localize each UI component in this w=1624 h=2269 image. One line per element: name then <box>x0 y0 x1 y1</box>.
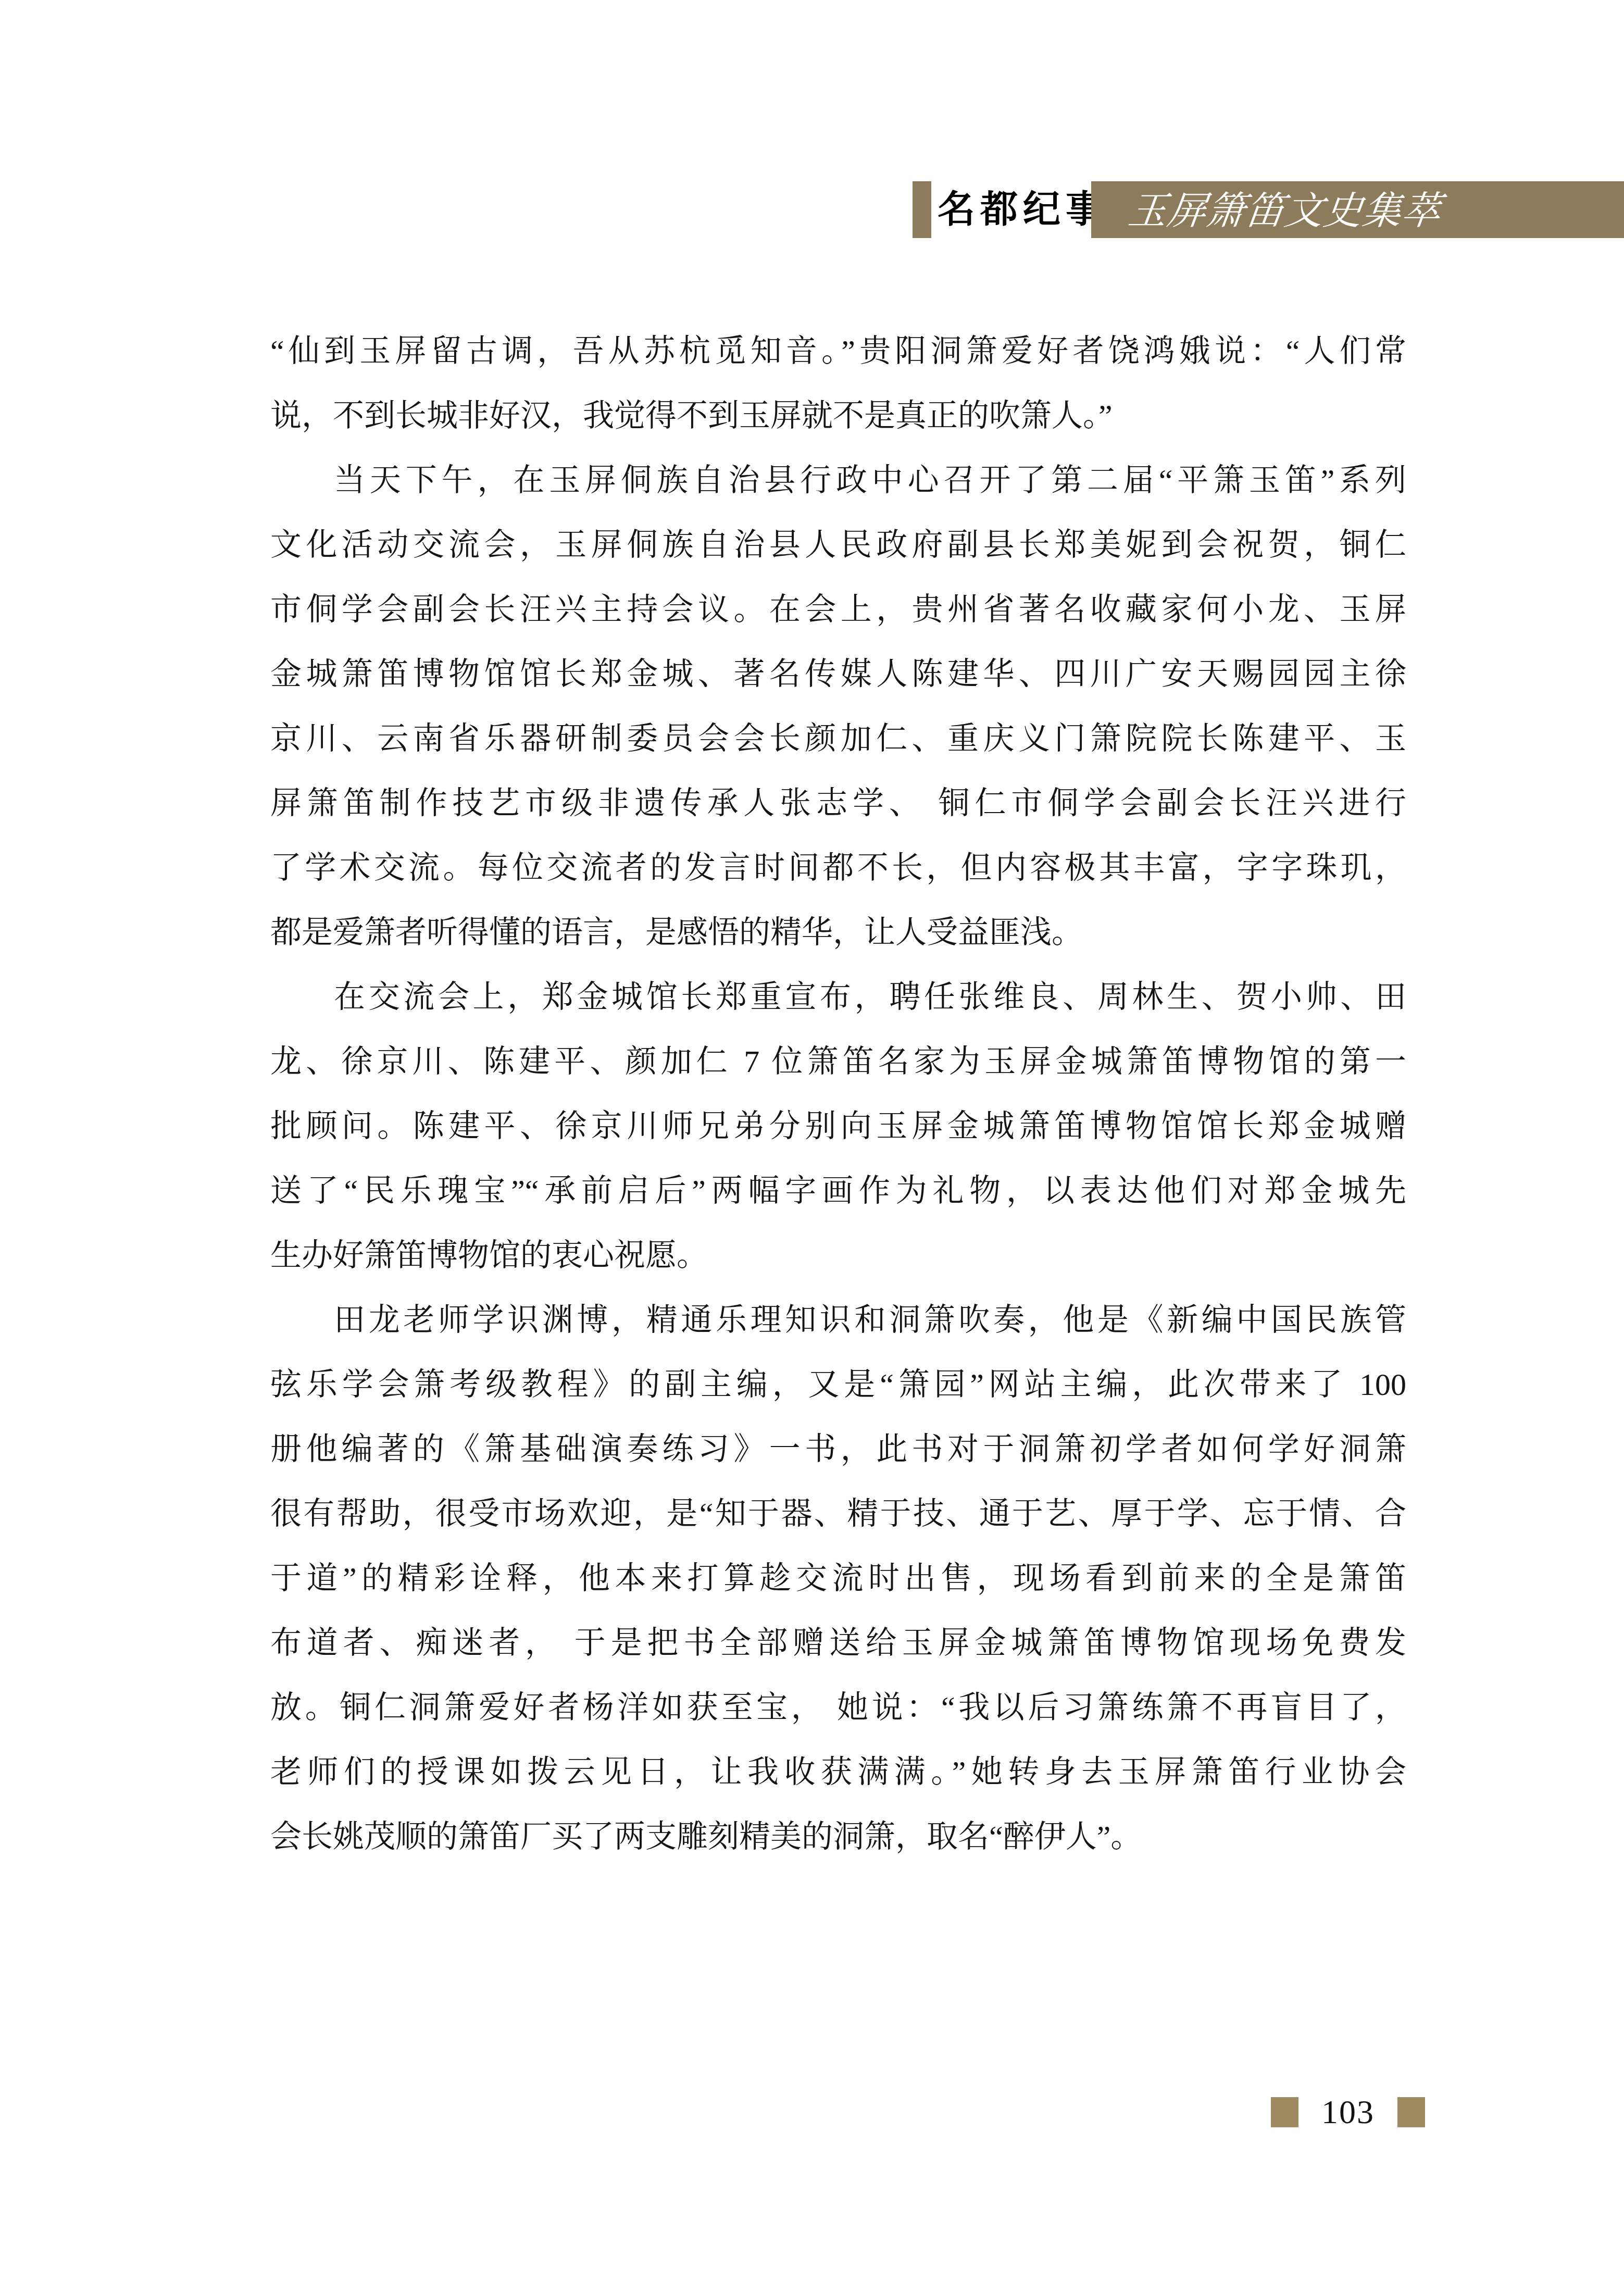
header-accent-bar <box>913 181 931 238</box>
text-line: 生办好箫笛博物馆的衷心祝愿。 <box>270 1223 1406 1288</box>
page-number: 103 <box>1298 2097 1397 2127</box>
section-title: 名都纪事 <box>938 181 1108 238</box>
page-footer: 103 <box>1271 2097 1425 2127</box>
text-line: 布道者、痴迷者， 于是把书全部赠送给玉屏金城箫笛博物馆现场免费发 <box>270 1611 1406 1675</box>
text-line: “仙到玉屏留古调，吾从苏杭觅知音。”贵阳洞箫爱好者饶鸿娥说：“人们常 <box>270 319 1406 383</box>
text-line: 会长姚茂顺的箫笛厂买了两支雕刻精美的洞箫，取名“醉伊人”。 <box>270 1804 1406 1869</box>
text-line: 金城箫笛博物馆馆长郑金城、著名传媒人陈建华、四川广安天赐园园主徐 <box>270 642 1406 706</box>
text-line: 市侗学会副会长汪兴主持会议。在会上，贵州省著名收藏家何小龙、玉屏 <box>270 577 1406 642</box>
text-line: 说，不到长城非好汉，我觉得不到玉屏就不是真正的吹箫人。” <box>270 383 1406 448</box>
footer-right-marker <box>1397 2097 1425 2127</box>
text-line: 册他编著的《箫基础演奏练习》一书，此书对于洞箫初学者如何学好洞箫 <box>270 1417 1406 1481</box>
text-line: 于道”的精彩诠释，他本来打算趁交流时出售，现场看到前来的全是箫笛 <box>270 1546 1406 1611</box>
text-line: 当天下午，在玉屏侗族自治县行政中心召开了第二届“平箫玉笛”系列 <box>270 448 1406 513</box>
text-line: 老师们的授课如拨云见日，让我收获满满。”她转身去玉屏箫笛行业协会 <box>270 1740 1406 1804</box>
text-line: 京川、云南省乐器研制委员会会长颜加仁、重庆义门箫院院长陈建平、玉 <box>270 706 1406 771</box>
book-page: 名都纪事 玉屏箫笛文史集萃 “仙到玉屏留古调，吾从苏杭觅知音。”贵阳洞箫爱好者饶… <box>0 0 1624 2269</box>
header-banner: 玉屏箫笛文史集萃 <box>1091 181 1624 238</box>
text-line: 批顾问。陈建平、徐京川师兄弟分别向玉屏金城箫笛博物馆馆长郑金城赠 <box>270 1094 1406 1158</box>
text-line: 文化活动交流会，玉屏侗族自治县人民政府副县长郑美妮到会祝贺，铜仁 <box>270 513 1406 577</box>
text-line: 龙、徐京川、陈建平、颜加仁 7 位箫笛名家为玉屏金城箫笛博物馆的第一 <box>270 1029 1406 1094</box>
text-line: 田龙老师学识渊博，精通乐理知识和洞箫吹奏，他是《新编中国民族管 <box>270 1288 1406 1352</box>
text-line: 送了“民乐瑰宝”“承前启后”两幅字画作为礼物，以表达他们对郑金城先 <box>270 1158 1406 1223</box>
text-line: 了学术交流。每位交流者的发言时间都不长，但内容极其丰富，字字珠玑， <box>270 836 1406 900</box>
text-line: 屏箫笛制作技艺市级非遗传承人张志学、 铜仁市侗学会副会长汪兴进行 <box>270 771 1406 836</box>
banner-calligraphy-title: 玉屏箫笛文史集萃 <box>1126 182 1445 237</box>
text-line: 弦乐学会箫考级教程》的副主编，又是“箫园”网站主编，此次带来了 100 <box>270 1352 1406 1417</box>
article-body: “仙到玉屏留古调，吾从苏杭觅知音。”贵阳洞箫爱好者饶鸿娥说：“人们常说，不到长城… <box>270 319 1406 1869</box>
text-line: 都是爱箫者听得懂的语言，是感悟的精华，让人受益匪浅。 <box>270 900 1406 965</box>
text-line: 很有帮助，很受市场欢迎，是“知于器、精于技、通于艺、厚于学、忘于情、合 <box>270 1481 1406 1546</box>
text-line: 放。铜仁洞箫爱好者杨洋如获至宝， 她说：“我以后习箫练箫不再盲目了， <box>270 1675 1406 1740</box>
text-line: 在交流会上，郑金城馆长郑重宣布，聘任张维良、周林生、贺小帅、田 <box>270 965 1406 1029</box>
footer-left-marker <box>1271 2097 1298 2127</box>
